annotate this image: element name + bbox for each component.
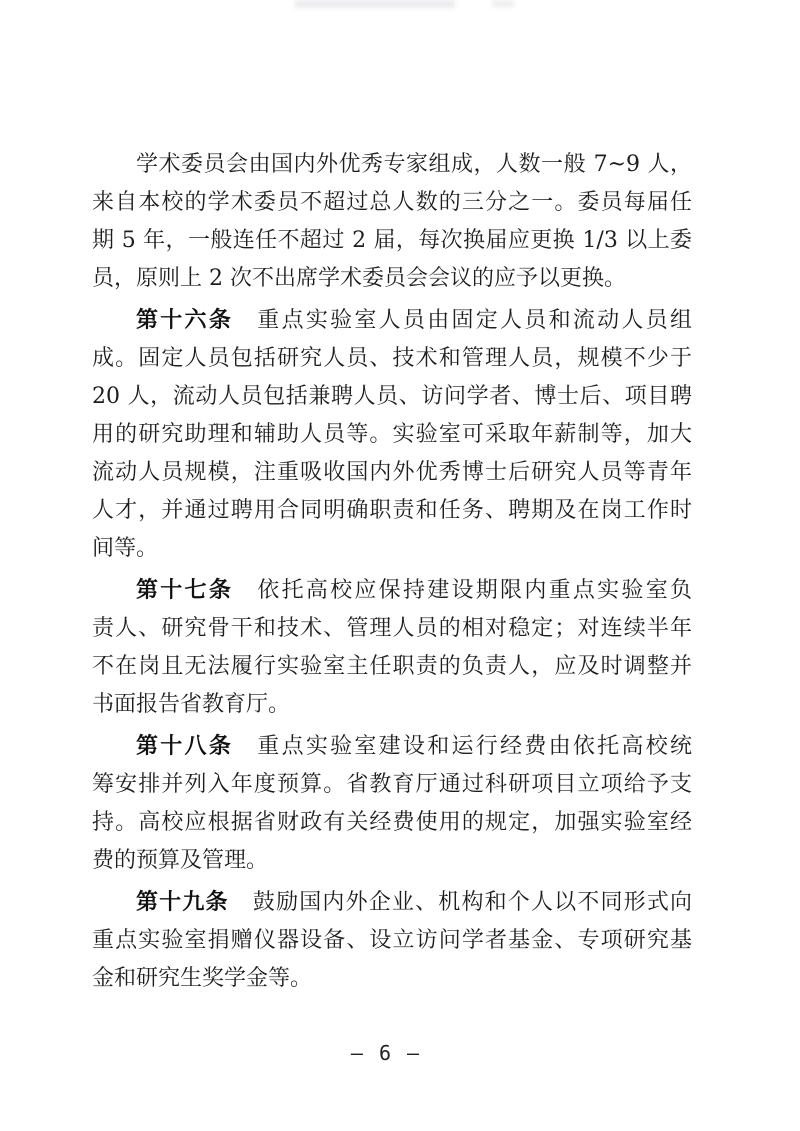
page-number: – 6 – (346, 1040, 426, 1066)
text-line: 重点实验室捐赠仪器设备、设立访问学者基金、专项研究基 (92, 922, 692, 960)
scanned-document-page: 学术委员会由国内外优秀专家组成，人数一般 7~9 人，来自本校的学术委员不超过总… (0, 0, 800, 1131)
paragraph: 第十六条重点实验室人员由固定人员和流动人员组成。固定人员包括研究人员、技术和管理… (92, 302, 692, 568)
text-line: 金和研究生奖学金等。 (92, 960, 692, 998)
article-number: 第十八条 (136, 734, 233, 759)
text-line: 第十六条重点实验室人员由固定人员和流动人员组 (92, 302, 692, 340)
scan-artifact (295, 0, 455, 8)
text-line: 第十九条鼓励国内外企业、机构和个人以不同形式向 (92, 884, 692, 922)
text-line: 来自本校的学术委员不超过总人数的三分之一。委员每届任 (92, 184, 692, 222)
text-line: 学术委员会由国内外优秀专家组成，人数一般 7~9 人， (92, 146, 692, 184)
article-number: 第十七条 (136, 578, 233, 603)
text-line: 持。高校应根据省财政有关经费使用的规定，加强实验室经 (92, 804, 692, 842)
article-number: 第十九条 (136, 890, 229, 915)
text-line: 书面报告省教育厅。 (92, 686, 692, 724)
text-line: 人才，并通过聘用合同明确职责和任务、聘期及在岗工作时 (92, 492, 692, 530)
text-line: 筹安排并列入年度预算。省教育厅通过科研项目立项给予支 (92, 766, 692, 804)
text-line: 用的研究助理和辅助人员等。实验室可采取年薪制等，加大 (92, 416, 692, 454)
text-line: 第十七条依托高校应保持建设期限内重点实验室负 (92, 572, 692, 610)
text-line: 责人、研究骨干和技术、管理人员的相对稳定；对连续半年 (92, 610, 692, 648)
article-number: 第十六条 (136, 308, 233, 333)
paragraph: 学术委员会由国内外优秀专家组成，人数一般 7~9 人，来自本校的学术委员不超过总… (92, 146, 692, 298)
paragraph: 第十七条依托高校应保持建设期限内重点实验室负责人、研究骨干和技术、管理人员的相对… (92, 572, 692, 724)
text-line: 不在岗且无法履行实验室主任职责的负责人，应及时调整并 (92, 648, 692, 686)
text-line: 员，原则上 2 次不出席学术委员会会议的应予以更换。 (92, 260, 692, 298)
text-line: 20 人，流动人员包括兼聘人员、访问学者、博士后、项目聘 (92, 378, 692, 416)
text-line: 间等。 (92, 530, 692, 568)
text-line: 期 5 年，一般连任不超过 2 届，每次换届应更换 1/3 以上委 (92, 222, 692, 260)
text-line: 第十八条重点实验室建设和运行经费由依托高校统 (92, 728, 692, 766)
paragraph: 第十九条鼓励国内外企业、机构和个人以不同形式向重点实验室捐赠仪器设备、设立访问学… (92, 884, 692, 998)
text-line: 流动人员规模，注重吸收国内外优秀博士后研究人员等青年 (92, 454, 692, 492)
paragraph: 第十八条重点实验室建设和运行经费由依托高校统筹安排并列入年度预算。省教育厅通过科… (92, 728, 692, 880)
document-body: 学术委员会由国内外优秀专家组成，人数一般 7~9 人，来自本校的学术委员不超过总… (92, 146, 692, 1002)
scan-artifact (492, 0, 514, 7)
text-line: 费的预算及管理。 (92, 842, 692, 880)
text-line: 成。固定人员包括研究人员、技术和管理人员，规模不少于 (92, 340, 692, 378)
